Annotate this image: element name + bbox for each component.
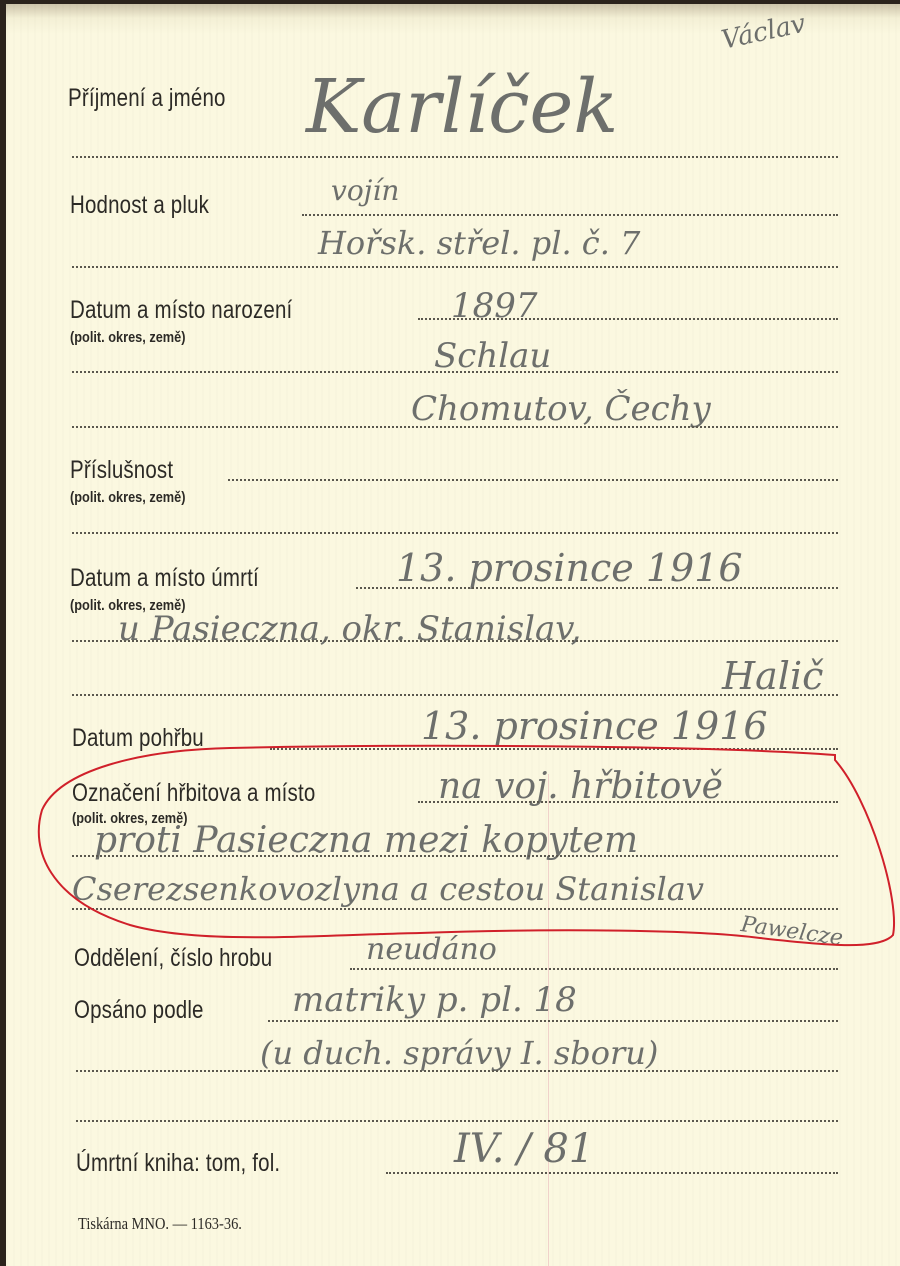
- rule: [270, 748, 838, 750]
- rule: [356, 587, 838, 589]
- rule: [72, 426, 838, 428]
- value-burial-date: 13. prosince 1916: [421, 704, 768, 748]
- label-death-book: Úmrtní kniha: tom, fol.: [76, 1149, 280, 1178]
- label-burial-date: Datum pohřbu: [72, 724, 204, 753]
- rule: [72, 640, 838, 642]
- value-cemetery-4: Pawelcze: [739, 912, 844, 951]
- rule: [350, 968, 838, 970]
- sublabel-district: (polit. okres, země): [70, 329, 185, 346]
- value-birth-district: Chomutov, Čechy: [411, 389, 711, 429]
- value-regiment: Hořsk. střel. pl. č. 7: [318, 224, 640, 262]
- rule: [72, 371, 838, 373]
- value-source-2: (u duch. správy I. sboru): [260, 1034, 658, 1072]
- rule: [302, 214, 838, 216]
- rule: [72, 156, 838, 158]
- rule: [76, 1070, 838, 1072]
- value-death-place: u Pasieczna, okr. Stanislav,: [118, 609, 581, 649]
- value-birth-place: Schlau: [434, 336, 551, 376]
- value-grave-section: neudáno: [366, 932, 497, 967]
- rule: [228, 479, 838, 481]
- rule: [72, 855, 838, 857]
- value-rank: vojín: [331, 174, 399, 207]
- rule: [418, 801, 838, 803]
- label-rank-regiment: Hodnost a pluk: [70, 191, 209, 220]
- rule: [72, 532, 838, 534]
- rule: [76, 1120, 838, 1122]
- rule: [418, 318, 838, 320]
- label-cemetery-place: Označení hřbitova a místo: [72, 779, 315, 808]
- value-cemetery-3: Cserezsenkovozlyna a cestou Stanislav: [72, 870, 704, 908]
- rule: [72, 694, 838, 696]
- label-grave-section: Oddělení, číslo hrobu: [74, 944, 272, 973]
- value-death-date: 13. prosince 1916: [396, 546, 743, 590]
- value-surname: Karlíček: [306, 64, 618, 150]
- label-domicile: Příslušnost: [70, 456, 173, 485]
- rule: [268, 1020, 838, 1022]
- rule: [72, 266, 838, 268]
- given-name-annotation: Václav: [719, 9, 808, 56]
- label-source: Opsáno podle: [74, 996, 204, 1025]
- value-death-region: Halič: [722, 654, 823, 698]
- sublabel-district: (polit. okres, země): [70, 489, 185, 506]
- printer-footer: Tiskárna MNO. — 1163-36.: [78, 1214, 242, 1234]
- label-surname-name: Příjmení a jméno: [68, 84, 226, 113]
- value-death-book: IV. / 81: [454, 1126, 594, 1172]
- label-death-date-place: Datum a místo úmrtí: [70, 564, 259, 593]
- rule: [386, 1172, 838, 1174]
- label-birth-date-place: Datum a místo narození: [70, 296, 292, 325]
- value-birth-year: 1897: [451, 286, 538, 326]
- value-source-1: matriky p. pl. 18: [292, 980, 577, 1020]
- rule: [72, 908, 838, 910]
- death-record-card: Václav Příjmení a jméno Karlíček Hodnost…: [6, 4, 900, 1266]
